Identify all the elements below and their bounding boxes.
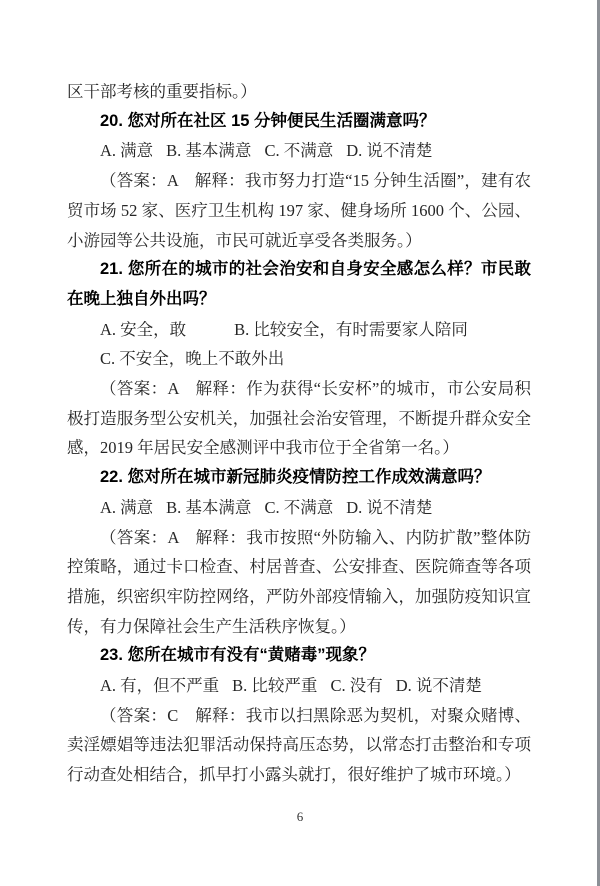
question-23-answer-explanation: （答案：C 解释：我市以扫黑除恶为契机，对聚众赌博、卖淫嫖娼等违法犯罪活动保持高… (67, 701, 531, 790)
option-label: C. 不满意 (264, 136, 333, 166)
option-label: B. 基本满意 (166, 136, 251, 166)
question-20-block: 20. 您对所在社区 15 分钟便民生活圈满意吗？ A. 满意 B. 基本满意 … (67, 107, 531, 256)
option-label: A. 安全，敢 (100, 315, 186, 345)
page-number: 6 (0, 809, 600, 825)
option-label: B. 比较安全，有时需要家人陪同 (234, 315, 468, 345)
question-23-options-row: A. 有，但不严重 B. 比较严重 C. 没有 D. 说不清楚 (67, 671, 531, 701)
option-label: A. 有，但不严重 (100, 671, 219, 701)
option-label: A. 满意 (100, 136, 153, 166)
question-20-title: 20. 您对所在社区 15 分钟便民生活圈满意吗？ (67, 107, 531, 137)
question-22-options-row: A. 满意 B. 基本满意 C. 不满意 D. 说不清楚 (67, 493, 531, 523)
question-20-options-row: A. 满意 B. 基本满意 C. 不满意 D. 说不清楚 (67, 136, 531, 166)
option-label: B. 比较严重 (232, 671, 317, 701)
option-label: D. 说不清楚 (396, 671, 482, 701)
question-22-answer-explanation: （答案：A 解释：我市按照“外防输入、内防扩散”整体防控策略，通过卡口检查、村居… (67, 523, 531, 642)
option-label: A. 满意 (100, 493, 153, 523)
question-22-title: 22. 您对所在城市新冠肺炎疫情防控工作成效满意吗？ (67, 463, 531, 493)
question-23-title: 23. 您所在城市有没有“黄赌毒”现象？ (67, 641, 531, 671)
option-label: B. 基本满意 (166, 493, 251, 523)
question-22-block: 22. 您对所在城市新冠肺炎疫情防控工作成效满意吗？ A. 满意 B. 基本满意… (67, 463, 531, 641)
option-label: C. 不安全，晚上不敢外出 (100, 344, 284, 374)
question-21-answer-explanation: （答案：A 解释：作为获得“长安杯”的城市，市公安局积极打造服务型公安机关，加强… (67, 374, 531, 463)
option-label: D. 说不清楚 (346, 136, 432, 166)
question-21-title: 21. 您所在的城市的社会治安和自身安全感怎么样？市民敢在晚上独自外出吗？ (67, 255, 531, 314)
option-label: C. 没有 (330, 671, 382, 701)
question-21-block: 21. 您所在的城市的社会治安和自身安全感怎么样？市民敢在晚上独自外出吗？ A.… (67, 255, 531, 463)
question-23-block: 23. 您所在城市有没有“黄赌毒”现象？ A. 有，但不严重 B. 比较严重 C… (67, 641, 531, 790)
question-20-answer-explanation: （答案：A 解释：我市努力打造“15 分钟生活圈”，建有农贸市场 52 家、医疗… (67, 166, 531, 255)
document-text-column: 区干部考核的重要指标。） 20. 您对所在社区 15 分钟便民生活圈满意吗？ A… (67, 77, 531, 790)
question-21-options-row-1: A. 安全，敢 B. 比较安全，有时需要家人陪同 (67, 315, 531, 345)
carryover-paragraph: 区干部考核的重要指标。） (67, 77, 531, 107)
question-21-options-row-2: C. 不安全，晚上不敢外出 (67, 344, 531, 374)
option-label: D. 说不清楚 (346, 493, 432, 523)
option-label: C. 不满意 (264, 493, 333, 523)
